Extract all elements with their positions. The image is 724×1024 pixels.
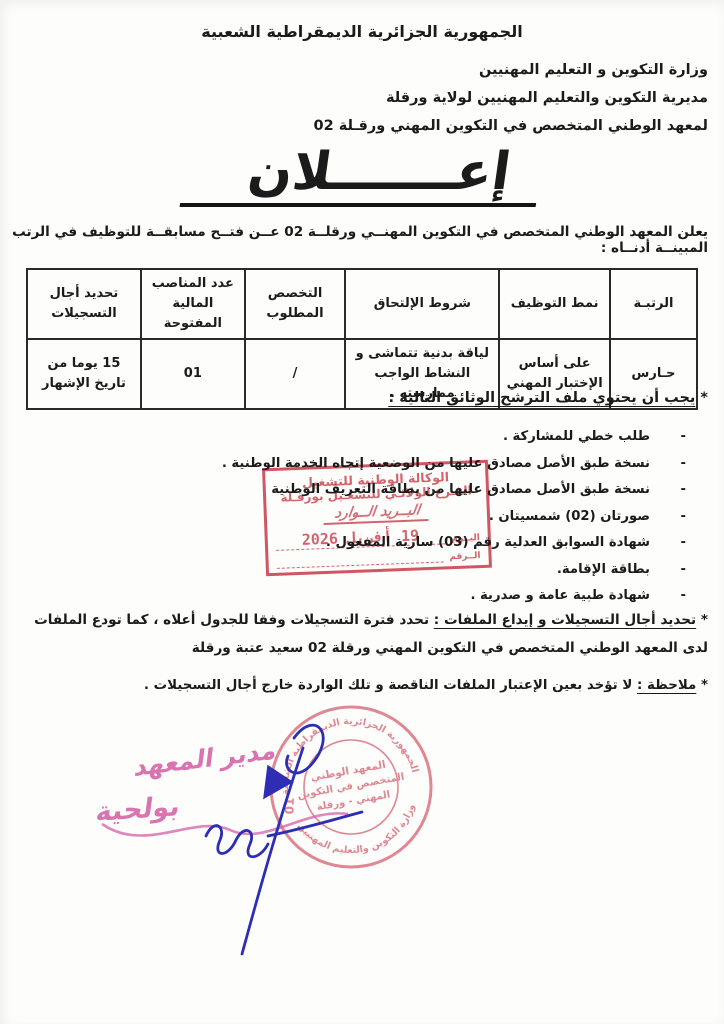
document-item-text: نسخة طبق الأصل مصادق عليها من بطاقة التع… — [271, 477, 650, 504]
intro-paragraph: يعلن المعهد الوطني المتخصص في التكوين ال… — [10, 224, 708, 256]
institute-line: لمعهد الوطني المتخصص في التكوين المهني و… — [314, 112, 708, 140]
list-item: -صورتان (02) شمسيتان . — [16, 504, 686, 531]
list-item: -نسخة طبق الأصل مصادق عليها من الوضعية إ… — [16, 451, 686, 478]
document-item-text: نسخة طبق الأصل مصادق عليها من الوضعية إت… — [222, 451, 650, 478]
col-registration-period: تحديد أجال التسجيلات — [27, 269, 141, 339]
announcement-title-block: إعـــــــلان — [0, 144, 724, 207]
col-rank: الرتبـة — [610, 269, 697, 339]
deadlines-star: * — [701, 612, 708, 628]
dash-marker: - — [676, 477, 686, 504]
cell-open-posts: 01 — [141, 339, 245, 409]
pen-signature — [156, 706, 371, 965]
deadlines-lead: تحديد أجال التسجيلات و إيداع الملفات : — [434, 612, 696, 628]
deadlines-paragraph: * تحديد أجال التسجيلات و إيداع الملفات :… — [16, 606, 708, 662]
document-item-text: طلب خطي للمشاركة . — [503, 424, 650, 451]
col-open-posts: عدد المناصب المالية المفتوحة — [141, 269, 245, 339]
dash-marker: - — [676, 530, 686, 557]
heading-star: * — [700, 390, 708, 406]
document-item-text: بطاقة الإقامة. — [557, 557, 650, 584]
dash-marker: - — [676, 424, 686, 451]
documents-heading: * يجب أن يحتوي ملف الترشح الوثائق التالي… — [388, 390, 708, 406]
pen-signature-icon — [156, 706, 371, 961]
scanned-announcement-document: الجمهورية الجزائرية الديمقراطية الشعبية … — [0, 0, 724, 1024]
note-text: لا تؤخد بعين الإعتبار الملفات الناقصة و … — [144, 678, 632, 693]
list-item: -طلب خطي للمشاركة . — [16, 424, 686, 451]
documents-heading-text: يجب أن يحتوي ملف الترشح الوثائق التالية … — [388, 390, 695, 406]
list-item: -نسخة طبق الأصل مصادق عليها من بطاقة الت… — [16, 477, 686, 504]
dash-marker: - — [676, 451, 686, 478]
col-specialty: التخصص المطلوب — [245, 269, 346, 339]
ministry-line: وزارة التكوين و التعليم المهنيين — [314, 56, 708, 84]
cell-specialty: / — [245, 339, 346, 409]
col-conditions: شروط الإلتحاق — [345, 269, 499, 339]
note-star: * — [701, 678, 708, 693]
republic-title: الجمهورية الجزائرية الديمقراطية الشعبية — [0, 22, 724, 41]
directorate-line: مديرية التكوين والتعليم المهنيين لولاية … — [314, 84, 708, 112]
documents-list: -طلب خطي للمشاركة . -نسخة طبق الأصل مصاد… — [16, 424, 686, 610]
note-paragraph: * ملاحظة : لا تؤخد بعين الإعتبار الملفات… — [16, 678, 708, 693]
issuing-authority-block: وزارة التكوين و التعليم المهنيين مديرية … — [314, 56, 708, 140]
announcement-title: إعـــــــلان — [180, 144, 545, 207]
document-item-text: شهادة السوابق العدلية رقم (03) سارية الم… — [326, 530, 650, 557]
col-recruitment-mode: نمط التوظيف — [499, 269, 610, 339]
dash-marker: - — [676, 504, 686, 531]
note-lead: ملاحظة : — [637, 678, 696, 693]
cell-registration-period: 15 يوما من تاريخ الإشهار — [27, 339, 141, 409]
dash-marker: - — [676, 557, 686, 584]
table-header-row: الرتبـة نمط التوظيف شروط الإلتحاق التخصص… — [27, 269, 697, 339]
document-item-text: صورتان (02) شمسيتان . — [489, 504, 650, 531]
recruitment-table-wrap: الرتبـة نمط التوظيف شروط الإلتحاق التخصص… — [26, 268, 698, 410]
list-item: -بطاقة الإقامة. — [16, 557, 686, 584]
recruitment-table: الرتبـة نمط التوظيف شروط الإلتحاق التخصص… — [26, 268, 698, 410]
list-item: -شهادة السوابق العدلية رقم (03) سارية ال… — [16, 530, 686, 557]
